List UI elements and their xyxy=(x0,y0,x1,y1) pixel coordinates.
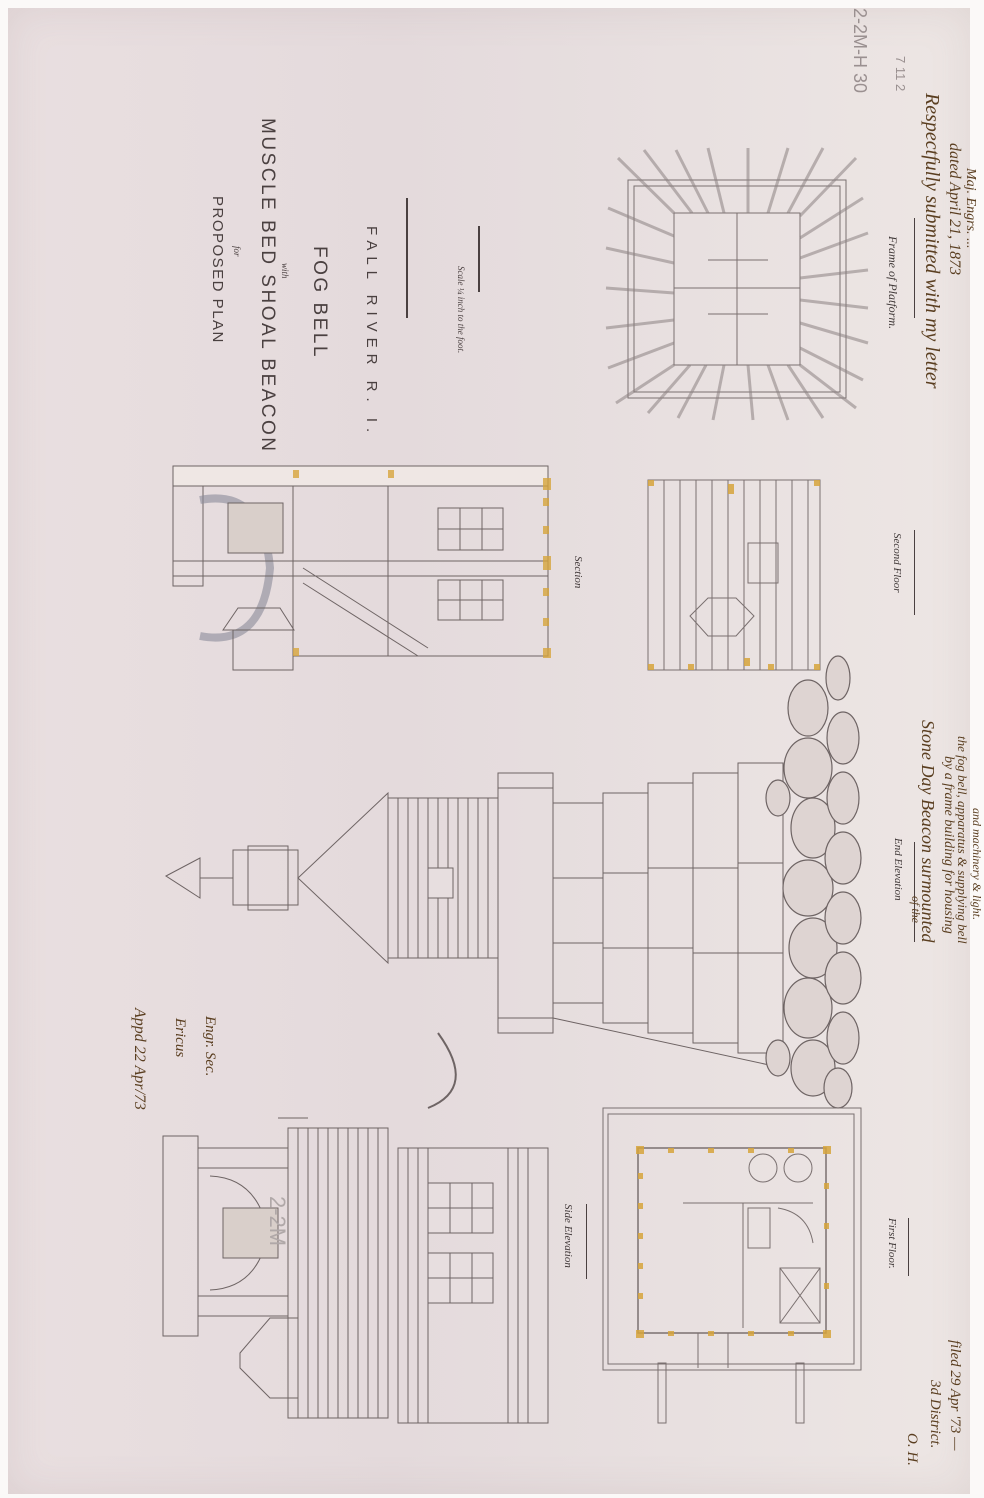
approval-note-line2: Ericus xyxy=(171,1018,188,1057)
stone-beacon-note-line3: the fog bell, apparatus & supplying bell xyxy=(954,736,970,944)
corner-note-line2: 3d District. xyxy=(926,1380,943,1448)
corner-note-line1: O. H. xyxy=(903,1433,920,1466)
corner-note-line3: filed 29 Apr '73 — xyxy=(946,1340,963,1450)
approval-note-line3: Engr. Sec. xyxy=(201,1016,218,1076)
first-floor-rule xyxy=(908,1218,909,1276)
approval-note-line1: Appd 22 Apr/73 xyxy=(130,1008,148,1110)
stone-beacon-note-line1: Stone Day Beacon surmounted xyxy=(917,720,938,942)
archive-code-small: 7 11 2 xyxy=(893,56,908,91)
first-floor-plan xyxy=(8,8,984,1498)
archive-code-bottom: 2-2M xyxy=(264,1196,290,1246)
label-first-floor: First Floor. xyxy=(886,1218,898,1269)
archive-code-top: 2-2M-H 30 xyxy=(849,8,870,93)
respectfully-note-line3: Maj. Engrs. ... xyxy=(962,168,978,249)
stone-beacon-note-line4: and machinery & light. xyxy=(969,808,984,920)
respectfully-note-line1: Respectfully submitted with my letter xyxy=(920,93,943,389)
drawing-sheet: PROPOSED PLAN for MUSCLE BED SHOAL BEACO… xyxy=(8,8,970,1494)
respectfully-note-line2: dated April 21, 1873 xyxy=(945,143,963,275)
